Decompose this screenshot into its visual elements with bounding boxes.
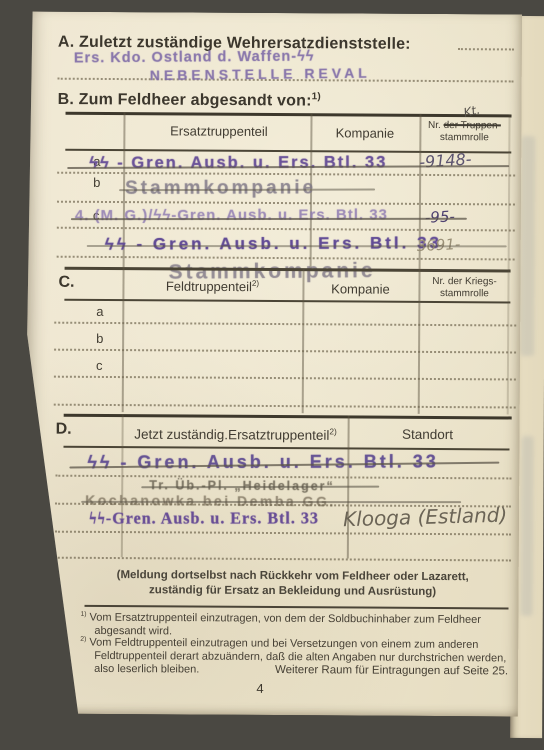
stamp-nebenstelle-reval: NEBENSTELLE REVAL [150,65,371,84]
table-c-col-unit: Feldtruppenteil2) [122,278,302,294]
roll-prefix: Nr. [428,120,441,131]
table-c-vline-company [302,268,304,413]
section-d-label: D. [56,421,72,439]
footnote-ref-1: 1) [312,91,321,102]
kriegsstammrolle-line1: Nr. der Kriegs- [432,276,497,287]
table-b-top-border [66,112,512,118]
table-b-col-unit: Ersatztruppenteil [127,123,310,139]
footnote-1-ref: 1) [80,611,86,618]
footnote-ref-2: 2) [252,279,259,288]
kriegsstammrolle-line2: stammrolle [440,288,489,299]
table-c-vline-right [507,269,509,414]
table-d-header-border [63,446,509,450]
section-b-title: Zum Feldheer abgesandt von: [79,91,312,109]
roll-struck-text: der Truppen- [444,120,501,131]
more-room-note: Weiterer Raum für Eintragungen auf Seite… [184,663,508,677]
table-b-col-company: Kompanie [310,125,419,141]
section-c-label: C. [58,274,74,292]
handwritten-location: Klooga (Estland) [343,503,508,532]
table-b-col-roll: Nr. der Truppen- stammrolle [419,120,509,145]
dotted-line [57,201,515,206]
bleedthrough-mark [520,136,535,356]
table-d-col-standort: Standort [348,426,508,442]
table-d-top-border [64,414,512,420]
row-letter-c: c [96,358,103,373]
soldbuch-page: A. Zuletzt zuständige Wehrersatzdienstst… [24,11,522,716]
stamp-row-c: 4. (M. G.)/ϟϟ-Gren. Ausb. u. Ers. Btl. 3… [75,206,388,224]
stamp-extra: ϟϟ - Gren. Ausb. u. Ers. Btl. 33 [105,233,442,254]
table-c-vline-roll [418,269,420,414]
handwritten-mark: Kt. [462,102,481,119]
footnote-2-ref: 2) [80,636,86,643]
strikethrough [71,218,467,220]
jetzt-zustaendig-label: Jetzt zuständig.Ersatztruppenteil [134,427,329,443]
page-number: 4 [220,681,300,696]
row-letter-a: a [96,304,103,319]
feldtruppenteil-label: Feldtruppenteil [166,279,252,295]
dotted-line [57,172,515,177]
section-b-heading: B. Zum Feldheer abgesandt von:1) [58,90,321,111]
stamp-ersatzkommando: Ers. Kdo. Ostland d. Waffen-ϟϟ [74,49,315,67]
dotted-line [55,557,511,562]
table-c-vline-letters [122,267,124,412]
page-content: A. Zuletzt zuständige Wehrersatzdienstst… [24,11,522,716]
dotted-line [458,48,514,50]
footnote-ref-2: 2) [329,426,336,436]
table-d-col-unit: Jetzt zuständig.Ersatztruppenteil2) [124,425,348,443]
stamp-d4: ϟϟ-Gren. Ausb. u. Ers. Btl. 33 [89,508,319,528]
handwritten-number-a: -9148- [419,149,472,171]
table-d-vline-left [121,414,123,557]
strikethrough [141,486,379,488]
table-c-col-company: Kompanie [302,281,418,297]
section-b-label: B. [58,91,75,108]
section-a-label: A. [58,34,75,51]
table-b-vline-right [508,114,510,269]
meldung-note: (Meldung dortselbst nach Rückkehr vom Fe… [89,568,497,600]
row-letter-b: b [96,331,103,346]
dotted-line [57,227,515,232]
stamp-row-a: ϟϟ - Gren. Ausb. u. Ers. Btl. 33 [89,153,387,173]
footnote-divider [85,605,509,609]
dotted-line [55,531,511,536]
strikethrough [87,245,507,247]
bleedthrough-mark [521,436,534,616]
table-c-col-roll: Nr. der Kriegs- stammrolle [418,276,510,301]
footnote-1-text: Vom Ersatztruppenteil einzutragen, von d… [90,612,481,638]
strikethrough [119,189,375,191]
row-letter-b: b [93,175,100,190]
roll-line2: stammrolle [440,132,489,143]
